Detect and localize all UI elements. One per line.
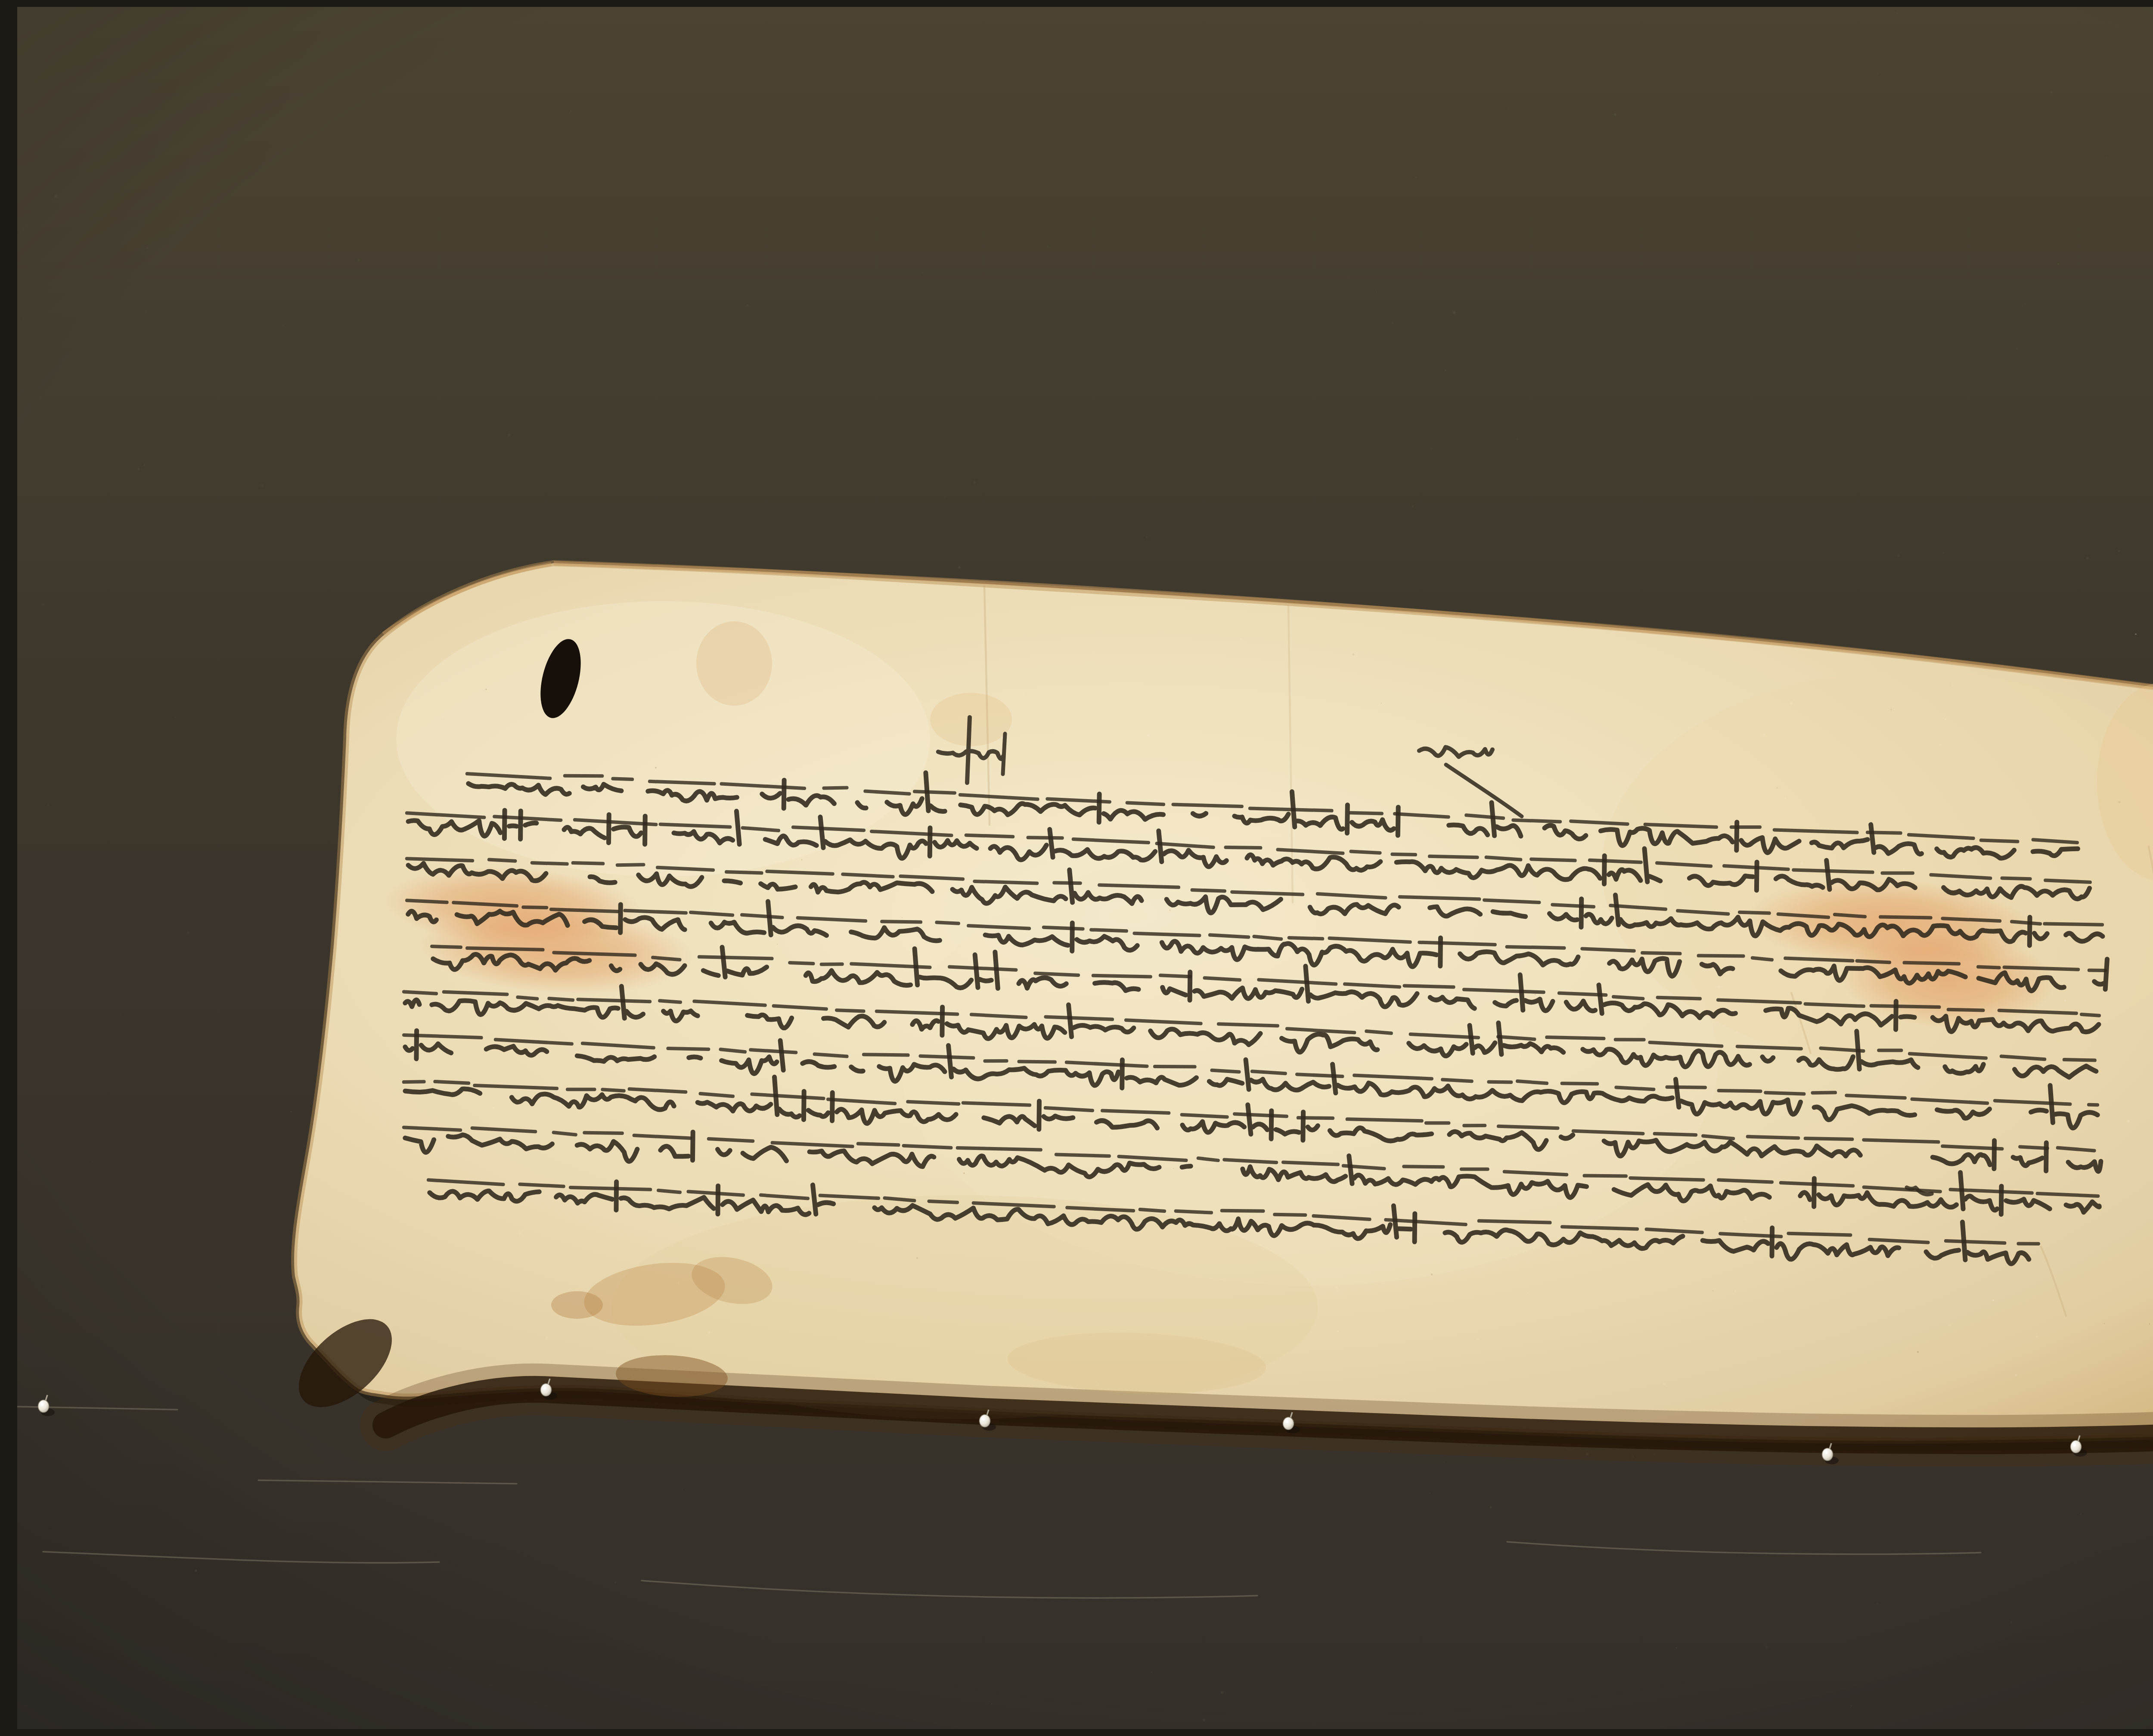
photo-canvas xyxy=(17,7,2153,1729)
manuscript-photo: Photograph of a single aged paper leaf o… xyxy=(17,7,2153,1729)
